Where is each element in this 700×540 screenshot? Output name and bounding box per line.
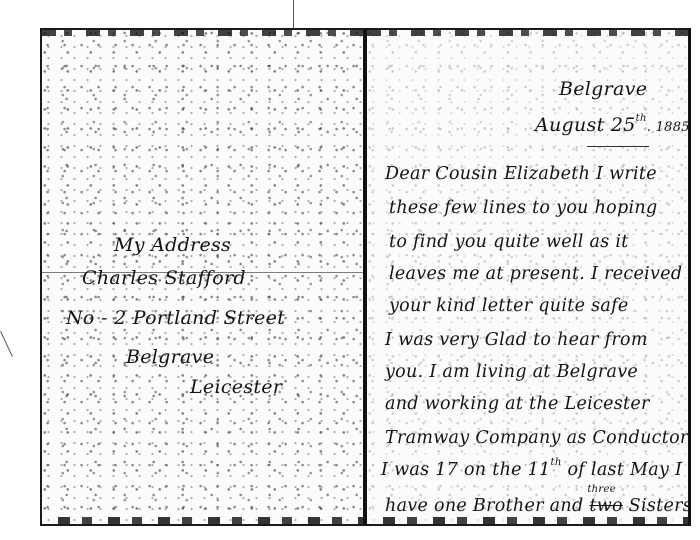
- torn-edge-top: [42, 30, 363, 36]
- scan-vertical-mark: [293, 0, 294, 28]
- date-day-suffix: th: [636, 113, 647, 124]
- address-name: Charles Stafford: [82, 267, 246, 289]
- torn-edge-bottom: [367, 517, 688, 524]
- date-year: . 1885: [647, 120, 690, 135]
- date-underline: [587, 146, 649, 147]
- letter-date: August 25th. 1885: [535, 114, 690, 136]
- struck-word: two: [589, 496, 622, 516]
- line-10-text: I was 17 on the 11: [381, 460, 551, 480]
- scan-edge-mark: [0, 331, 13, 357]
- body-line-4: leaves me at present. I received: [389, 264, 682, 284]
- torn-edge-bottom: [42, 517, 363, 524]
- body-line-8: and working at the Leicester: [385, 394, 650, 414]
- address-street: No - 2 Portland Street: [66, 307, 285, 329]
- body-line-5: your kind letter quite safe: [389, 296, 629, 316]
- line-10-text-end: of last May I: [562, 460, 683, 480]
- correction: twothree: [589, 496, 622, 516]
- body-line-6: I was very Glad to hear from: [385, 330, 648, 350]
- body-line-10: I was 17 on the 11th of last May I: [381, 460, 682, 480]
- body-line-3: to find you quite well as it: [389, 232, 629, 252]
- body-line-7: you. I am living at Belgrave: [385, 362, 638, 382]
- torn-edge-top: [367, 30, 688, 36]
- body-line-11: have one Brother and twothree Sisters: [385, 496, 691, 516]
- date-month: August: [535, 114, 605, 136]
- date-day: 25: [611, 114, 636, 136]
- address-heading: My Address: [114, 234, 231, 256]
- right-leaf: Belgrave August 25th. 1885 Dear Cousin E…: [367, 28, 691, 526]
- body-line-9: Tramway Company as Conductor: [385, 428, 689, 448]
- line-10-superscript: th: [551, 457, 562, 468]
- body-line-2: these few lines to you hoping: [389, 198, 657, 218]
- address-district: Belgrave: [126, 346, 214, 368]
- body-line-1: Dear Cousin Elizabeth I write: [385, 164, 657, 184]
- line-11-text-end: Sisters: [623, 496, 691, 516]
- line-11-text: have one Brother and: [385, 496, 589, 516]
- inserted-word: three: [587, 484, 616, 495]
- left-leaf: My Address Charles Stafford No - 2 Portl…: [40, 28, 367, 526]
- address-city: Leicester: [190, 376, 282, 398]
- letter-place: Belgrave: [559, 78, 647, 100]
